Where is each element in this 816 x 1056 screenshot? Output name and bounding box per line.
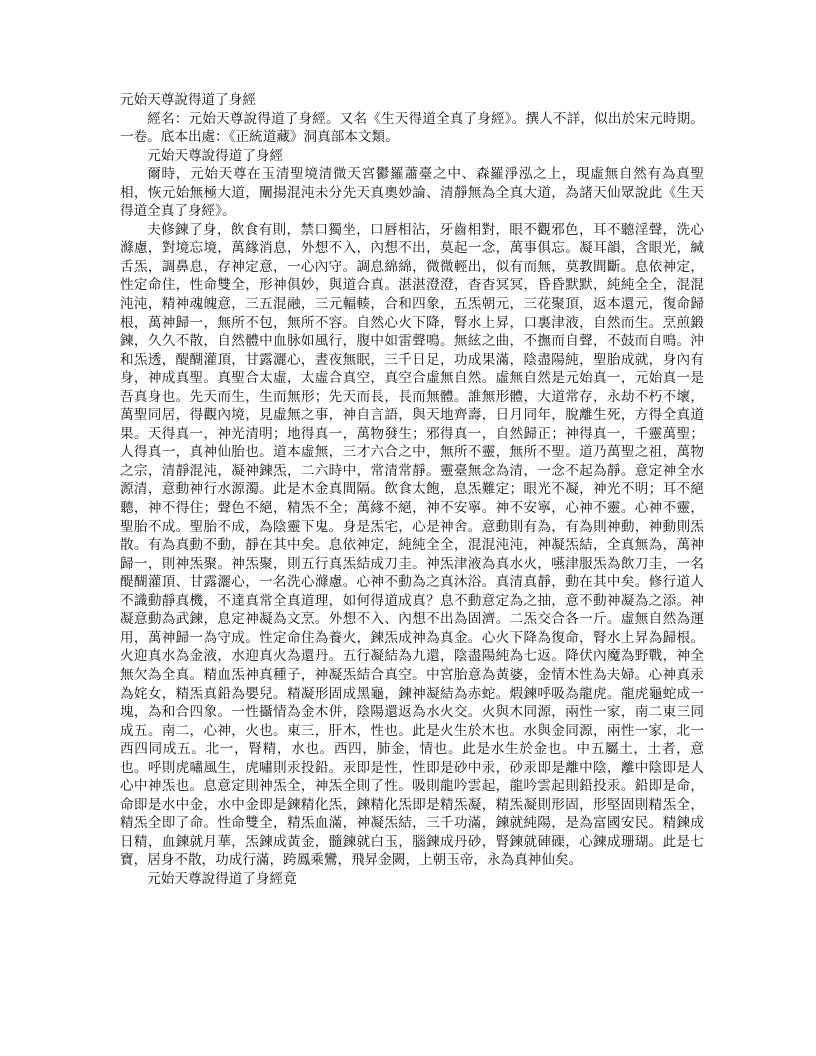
- opening-paragraph: 爾時，元始天尊在玉清聖境清微天宮鬱羅蕭臺之中、森羅淨泓之上，現虛無自然有為真聖相…: [120, 165, 704, 221]
- preface-paragraph: 經名：元始天尊說得道了身經。又名《生天得道全真了身經》。撰人不詳，似出於宋元時期…: [120, 110, 704, 147]
- document-page: 元始天尊說得道了身經 經名：元始天尊說得道了身經。又名《生天得道全真了身經》。撰…: [120, 91, 704, 889]
- closing-line: 元始天尊說得道了身經竟: [120, 870, 704, 889]
- main-paragraph: 夫修鍊了身，飲食有則，禁口獨坐，口唇相沾，牙齒相對，眼不觀邪色，耳不聽淫聲，洗心…: [120, 221, 704, 870]
- document-title: 元始天尊說得道了身經: [120, 91, 704, 110]
- scripture-heading: 元始天尊說得道了身經: [120, 147, 704, 166]
